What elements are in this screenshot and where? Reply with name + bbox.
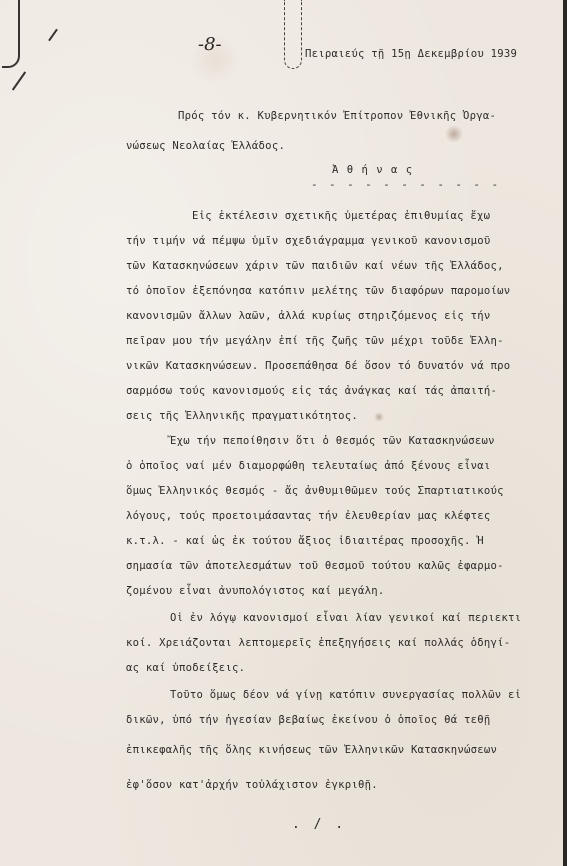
rust-spot xyxy=(374,412,384,422)
continuation-mark: . / . xyxy=(292,817,346,832)
recipient-line-1: Πρός τόν κ. Κυβερνητικόν Ἐπίτροπον Ἐθνικ… xyxy=(178,109,496,123)
page-edge-shadow xyxy=(563,0,567,866)
body-line: κ.τ.λ. - καί ὡς ἐκ τούτου ἄξιος ἰδιαιτέρ… xyxy=(126,534,484,548)
body-line: Τοῦτο ὅμως δέον νά γίνῃ κατόπιν συνεργασ… xyxy=(170,688,521,702)
body-line: ἐπικεφαλῆς τῆς ὅλης κινήσεως τῶν Ἑλληνικ… xyxy=(126,743,497,757)
body-line: τό ὁποῖον ἐξεπόνησα κατόπιν μελέτης τῶν … xyxy=(126,284,510,298)
pen-mark xyxy=(48,29,58,42)
city-underline: - - - - - - - - - - - xyxy=(311,178,500,191)
body-line: ἐφ'ὅσον κατ'ἀρχήν τοὐλάχιστον ἐγκριθῇ. xyxy=(126,778,378,792)
body-line: ας καί ὑποδείξεις. xyxy=(126,661,245,675)
body-line: Ἔχω τήν πεποίθησιν ὅτι ὁ θεσμός τῶν Κατα… xyxy=(170,434,495,448)
body-line: σημασία τῶν ἀποτελεσμάτων τοῦ θεσμοῦ τού… xyxy=(126,559,504,573)
typewritten-letter-page: -8- Πειραιεύς τῇ 15ῃ Δεκεμβρίου 1939 Πρό… xyxy=(0,0,563,866)
body-line: Οἱ ἐν λόγῳ κανονισμοί εἶναι λίαν γενικοί… xyxy=(170,611,521,625)
body-line: κανονισμῶν ἄλλων λαῶν, ἀλλά κυρίως στηρι… xyxy=(126,309,491,323)
body-line: Εἰς ἐκτέλεσιν σχετικῆς ὑμετέρας ἐπιθυμία… xyxy=(192,209,490,223)
body-line: ὅμως Ἑλληνικός θεσμός - ἄς ἀνθυμιθῶμεν τ… xyxy=(126,484,504,498)
body-line: ζομένου εἶναι ἀνυπολόγιστος καί μεγάλη. xyxy=(126,584,385,598)
top-fold-mark xyxy=(284,0,302,69)
page-number: -8- xyxy=(198,34,222,55)
body-line: πεῖραν μου τήν μεγάλην ἐπί τῆς ζωῆς τῶν … xyxy=(126,334,504,348)
body-line: σαρμόσω τούς κανονισμούς εἰς τάς ἀνάγκας… xyxy=(126,384,497,398)
body-line: δικῶν, ὑπό τήν ἡγεσίαν βεβαίως ἐκείνου ὁ… xyxy=(126,713,491,727)
body-line: ὁ ὁποῖος ναί μέν διαμορφώθη τελευταίως ἀ… xyxy=(126,459,491,473)
ink-smudge xyxy=(445,125,463,143)
left-fold-mark xyxy=(2,0,20,68)
recipient-line-2: νώσεως Νεολαίας Ἑλλάδος. xyxy=(126,139,285,153)
date-line: Πειραιεύς τῇ 15ῃ Δεκεμβρίου 1939 xyxy=(305,47,517,61)
body-line: κοί. Χρειάζονται λεπτομερεῖς ἐπεξηγήσεις… xyxy=(126,636,510,650)
body-line: τῶν Κατασκηνώσεων χάριν τῶν παιδιῶν καί … xyxy=(126,259,504,273)
body-line: λόγους, τούς προετοιμάσαντας τήν ἐλευθερ… xyxy=(126,509,491,523)
body-line: νικῶν Κατασκηνώσεων. Προσεπάθησα δέ ὅσον… xyxy=(126,359,510,373)
recipient-city: Ἀ θ ή ν α ς xyxy=(332,163,413,177)
body-line: σεις τῆς Ἑλληνικῆς πραγματικότητος. xyxy=(126,409,358,423)
pen-mark xyxy=(12,71,26,90)
body-line: τήν τιμήν νά πέμψω ὑμῖν σχεδιάγραμμα γεν… xyxy=(126,234,491,248)
